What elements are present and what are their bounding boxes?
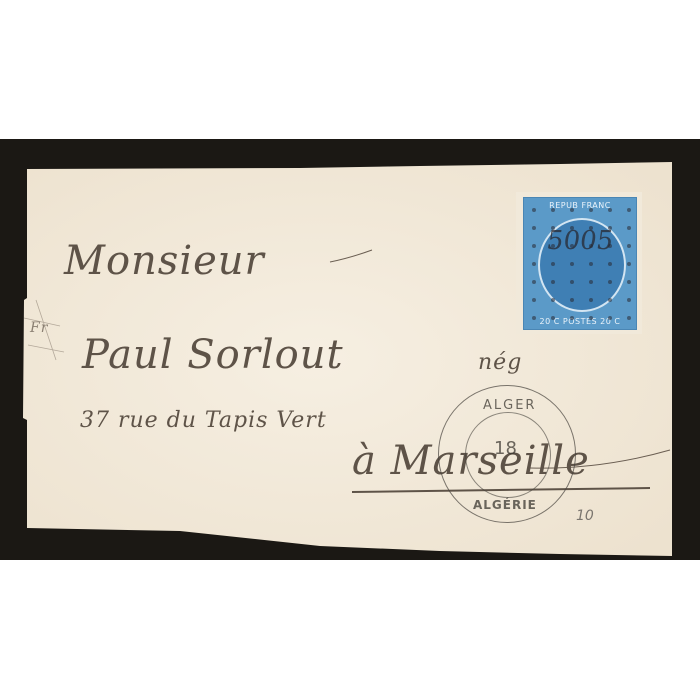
numeral-cancel: 5005 (522, 226, 638, 256)
cancel-dot (627, 262, 631, 266)
cancel-dot (551, 316, 555, 320)
cancel-dot (608, 208, 612, 212)
addressee-name: Paul Sorlout (82, 332, 344, 378)
stamp-top-label: REPUB FRANC (524, 201, 636, 210)
cancel-dot (532, 298, 536, 302)
cancel-dot (589, 244, 593, 248)
cancel-dot (608, 226, 612, 230)
cancel-dot (589, 316, 593, 320)
stamp-design: REPUB FRANC 20 C POSTES 20 C 5005 (523, 197, 637, 330)
cancel-dot (570, 298, 574, 302)
cancel-dot (627, 316, 631, 320)
cancel-dot (570, 208, 574, 212)
cancel-dot (608, 244, 612, 248)
cancel-dot (589, 208, 593, 212)
addressee-suffix: nég (478, 350, 522, 375)
cancel-dot (551, 280, 555, 284)
pencil-note: 10 (576, 508, 594, 524)
datestamp-region: ALGÉRIE (473, 498, 537, 512)
cancel-dot (532, 316, 536, 320)
cancel-dot (608, 262, 612, 266)
cancel-dot (608, 316, 612, 320)
cancel-dot (589, 226, 593, 230)
street-address: 37 rue du Tapis Vert (80, 408, 327, 433)
postage-stamp: REPUB FRANC 20 C POSTES 20 C 5005 (516, 192, 642, 334)
cancel-dot (551, 226, 555, 230)
cancel-dot (551, 298, 555, 302)
cancel-dot (608, 298, 612, 302)
cancel-dot (627, 208, 631, 212)
stamp-bottom-label: 20 C POSTES 20 C (524, 317, 636, 326)
cancel-dot (532, 244, 536, 248)
cancel-dot (589, 262, 593, 266)
cancel-dot (608, 280, 612, 284)
cancel-dot (570, 244, 574, 248)
cancel-dot (551, 262, 555, 266)
datestamp-day: 18 (494, 438, 517, 459)
cancel-dot (627, 298, 631, 302)
cancel-dot (589, 280, 593, 284)
cancel-dot (532, 208, 536, 212)
cancel-dot (570, 226, 574, 230)
cancel-dot (551, 208, 555, 212)
cancel-dot (570, 262, 574, 266)
salutation-text: Monsieur (64, 238, 265, 284)
cancel-dot (627, 280, 631, 284)
cancel-dot (551, 244, 555, 248)
cancel-dot (532, 226, 536, 230)
cancel-dot (589, 298, 593, 302)
cancel-dot (532, 262, 536, 266)
datestamp-town: ALGER (483, 398, 536, 413)
cancel-dot (532, 280, 536, 284)
margin-mark: Fr (30, 320, 48, 336)
cancel-dot (570, 316, 574, 320)
circular-datestamp: ALGER 18 ALGÉRIE (438, 385, 576, 523)
cancel-dot (570, 280, 574, 284)
cancel-dot (627, 244, 631, 248)
cancel-dot (627, 226, 631, 230)
